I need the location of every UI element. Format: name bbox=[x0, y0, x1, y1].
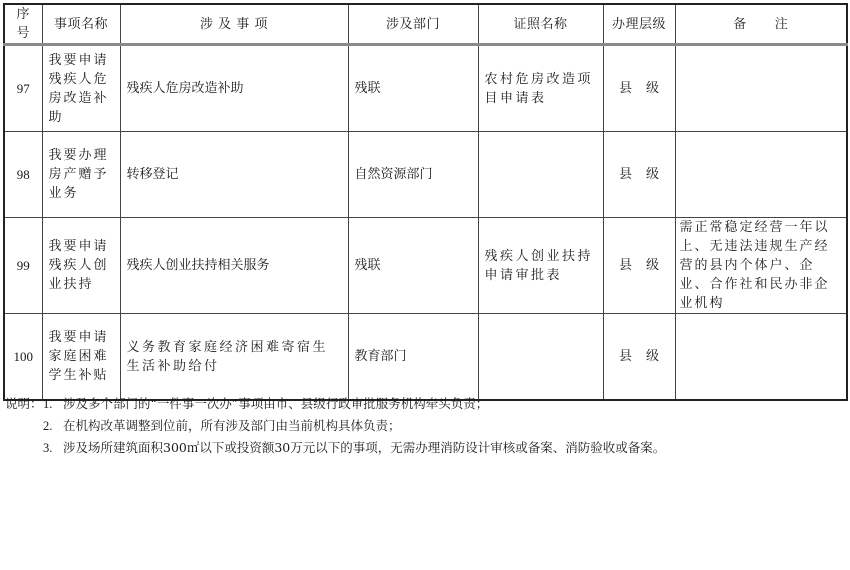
table-row: 97 我要申请残疾人危房改造补助 残疾人危房改造补助 残联 农村危房改造项目申请… bbox=[4, 45, 847, 132]
cell-seq: 99 bbox=[4, 218, 42, 314]
footnote-index: 3. bbox=[43, 438, 63, 459]
cell-remarks: 需正常稳定经营一年以上、无违法违规生产经营的县内个体户、企业、合作社和民办非企业… bbox=[675, 218, 847, 314]
cell-certificate bbox=[478, 132, 603, 218]
cell-seq: 97 bbox=[4, 45, 42, 132]
cell-involved-items: 残疾人创业扶持相关服务 bbox=[120, 218, 348, 314]
footnote-prefix: 说明： bbox=[5, 393, 43, 414]
header-remarks-part1: 备 bbox=[733, 17, 747, 32]
cell-level-part2: 级 bbox=[646, 349, 659, 364]
header-involved-items: 涉 及 事 项 bbox=[120, 4, 348, 45]
footnotes: 说明：1.涉及多个部门的“一件事一次办”事项由市、县级行政审批服务机构牵头负责；… bbox=[5, 393, 665, 459]
table-row: 100 我要申请家庭困难学生补贴 义务教育家庭经济困难寄宿生生活补助给付 教育部… bbox=[4, 314, 847, 401]
cell-involved-items: 转移登记 bbox=[120, 132, 348, 218]
header-seq: 序号 bbox=[4, 4, 42, 45]
cell-level-part1: 县 bbox=[619, 81, 632, 96]
footnote-index: 1. bbox=[43, 394, 63, 415]
header-item-name: 事项名称 bbox=[42, 4, 120, 45]
cell-level: 县级 bbox=[603, 218, 675, 314]
cell-level-part2: 级 bbox=[646, 167, 659, 182]
cell-remarks bbox=[675, 45, 847, 132]
cell-level-part2: 级 bbox=[646, 258, 659, 273]
cell-involved-items: 残疾人危房改造补助 bbox=[120, 45, 348, 132]
cell-level-part1: 县 bbox=[619, 258, 632, 273]
cell-departments: 自然资源部门 bbox=[348, 132, 478, 218]
cell-departments: 教育部门 bbox=[348, 314, 478, 401]
footnote-item: 说明：1.涉及多个部门的“一件事一次办”事项由市、县级行政审批服务机构牵头负责； bbox=[5, 393, 665, 415]
cell-level: 县级 bbox=[603, 45, 675, 132]
footnote-item: 3.涉及场所建筑面积300㎡以下或投资额30万元以下的事项，无需办理消防设计审核… bbox=[5, 437, 665, 459]
cell-remarks bbox=[675, 314, 847, 401]
service-items-table: 序号 事项名称 涉 及 事 项 涉及部门 证照名称 办理层级 备注 97 我要申… bbox=[3, 3, 848, 401]
footnote-text: 在机构改革调整到位前，所有涉及部门由当前机构具体负责； bbox=[63, 418, 401, 433]
footnote-text: 涉及场所建筑面积300㎡以下或投资额30万元以下的事项，无需办理消防设计审核或备… bbox=[63, 440, 665, 455]
cell-remarks bbox=[675, 132, 847, 218]
cell-certificate: 农村危房改造项目申请表 bbox=[478, 45, 603, 132]
cell-item-name: 我要申请家庭困难学生补贴 bbox=[42, 314, 120, 401]
cell-seq: 98 bbox=[4, 132, 42, 218]
cell-level-part1: 县 bbox=[619, 167, 632, 182]
cell-certificate bbox=[478, 314, 603, 401]
cell-level-part2: 级 bbox=[646, 81, 659, 96]
footnote-index: 2. bbox=[43, 416, 63, 437]
cell-seq: 100 bbox=[4, 314, 42, 401]
cell-involved-items: 义务教育家庭经济困难寄宿生生活补助给付 bbox=[120, 314, 348, 401]
header-remarks: 备注 bbox=[675, 4, 847, 45]
cell-departments: 残联 bbox=[348, 45, 478, 132]
header-certificate: 证照名称 bbox=[478, 4, 603, 45]
cell-item-name: 我要申请残疾人危房改造补助 bbox=[42, 45, 120, 132]
header-level: 办理层级 bbox=[603, 4, 675, 45]
table-header-row: 序号 事项名称 涉 及 事 项 涉及部门 证照名称 办理层级 备注 bbox=[4, 4, 847, 45]
cell-level: 县级 bbox=[603, 132, 675, 218]
footnote-text: 涉及多个部门的“一件事一次办”事项由市、县级行政审批服务机构牵头负责； bbox=[63, 396, 488, 411]
header-departments: 涉及部门 bbox=[348, 4, 478, 45]
cell-departments: 残联 bbox=[348, 218, 478, 314]
service-items-table-container: 序号 事项名称 涉 及 事 项 涉及部门 证照名称 办理层级 备注 97 我要申… bbox=[3, 3, 846, 401]
footnote-item: 2.在机构改革调整到位前，所有涉及部门由当前机构具体负责； bbox=[5, 415, 665, 437]
cell-item-name: 我要申请残疾人创业扶持 bbox=[42, 218, 120, 314]
cell-level: 县级 bbox=[603, 314, 675, 401]
table-row: 99 我要申请残疾人创业扶持 残疾人创业扶持相关服务 残联 残疾人创业扶持申请审… bbox=[4, 218, 847, 314]
cell-level-part1: 县 bbox=[619, 349, 632, 364]
header-remarks-part2: 注 bbox=[775, 17, 789, 32]
cell-item-name: 我要办理房产赠予业务 bbox=[42, 132, 120, 218]
cell-certificate: 残疾人创业扶持申请审批表 bbox=[478, 218, 603, 314]
table-row: 98 我要办理房产赠予业务 转移登记 自然资源部门 县级 bbox=[4, 132, 847, 218]
